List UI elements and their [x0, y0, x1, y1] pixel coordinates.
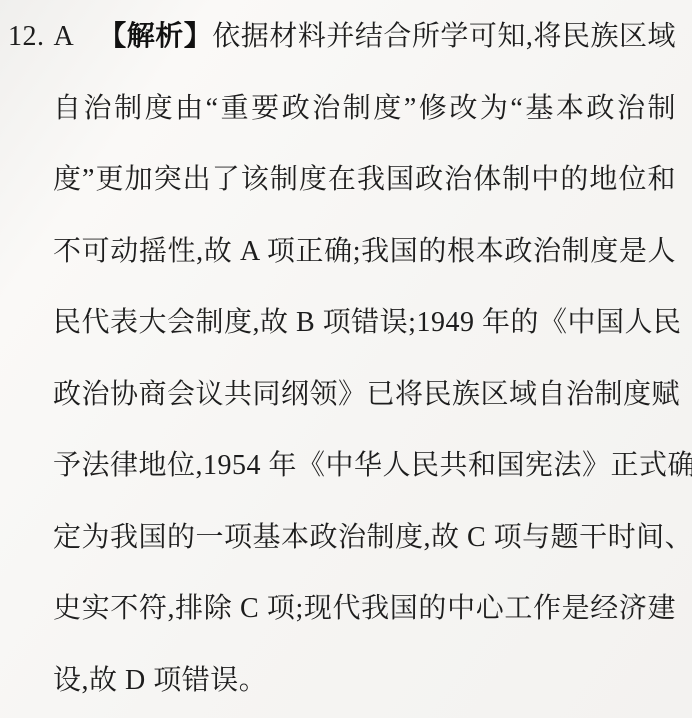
- exam-answer-explanation: 12.A【解析】依据材料并结合所学可知,将民族区域 自治制度由“重要政治制度”修…: [8, 1, 676, 716]
- explanation-text-start: 依据材料并结合所学可知,将民族区域: [212, 21, 676, 52]
- explanation-line-3: 度”更加突出了该制度在我国政治体制中的地位和: [8, 144, 676, 216]
- explanation-line-9: 史实不符,排除 C 项;现代我国的中心工作是经济建: [8, 573, 676, 645]
- answer-letter: A: [54, 21, 75, 52]
- explanation-line-10: 设,故 D 项错误。: [8, 645, 676, 717]
- question-number: 12.: [8, 21, 45, 52]
- explanation-line-8: 定为我国的一项基本政治制度,故 C 项与题干时间、: [8, 502, 676, 574]
- analysis-label: 【解析】: [98, 21, 212, 52]
- explanation-line-1: 12.A【解析】依据材料并结合所学可知,将民族区域: [8, 1, 676, 73]
- explanation-line-7: 予法律地位,1954 年《中华人民共和国宪法》正式确: [8, 430, 676, 502]
- explanation-line-2: 自治制度由“重要政治制度”修改为“基本政治制: [8, 73, 676, 145]
- explanation-line-5: 民代表大会制度,故 B 项错误;1949 年的《中国人民: [8, 287, 676, 359]
- explanation-line-4: 不可动摇性,故 A 项正确;我国的根本政治制度是人: [8, 216, 676, 288]
- explanation-line-6: 政治协商会议共同纲领》已将民族区域自治制度赋: [8, 359, 676, 431]
